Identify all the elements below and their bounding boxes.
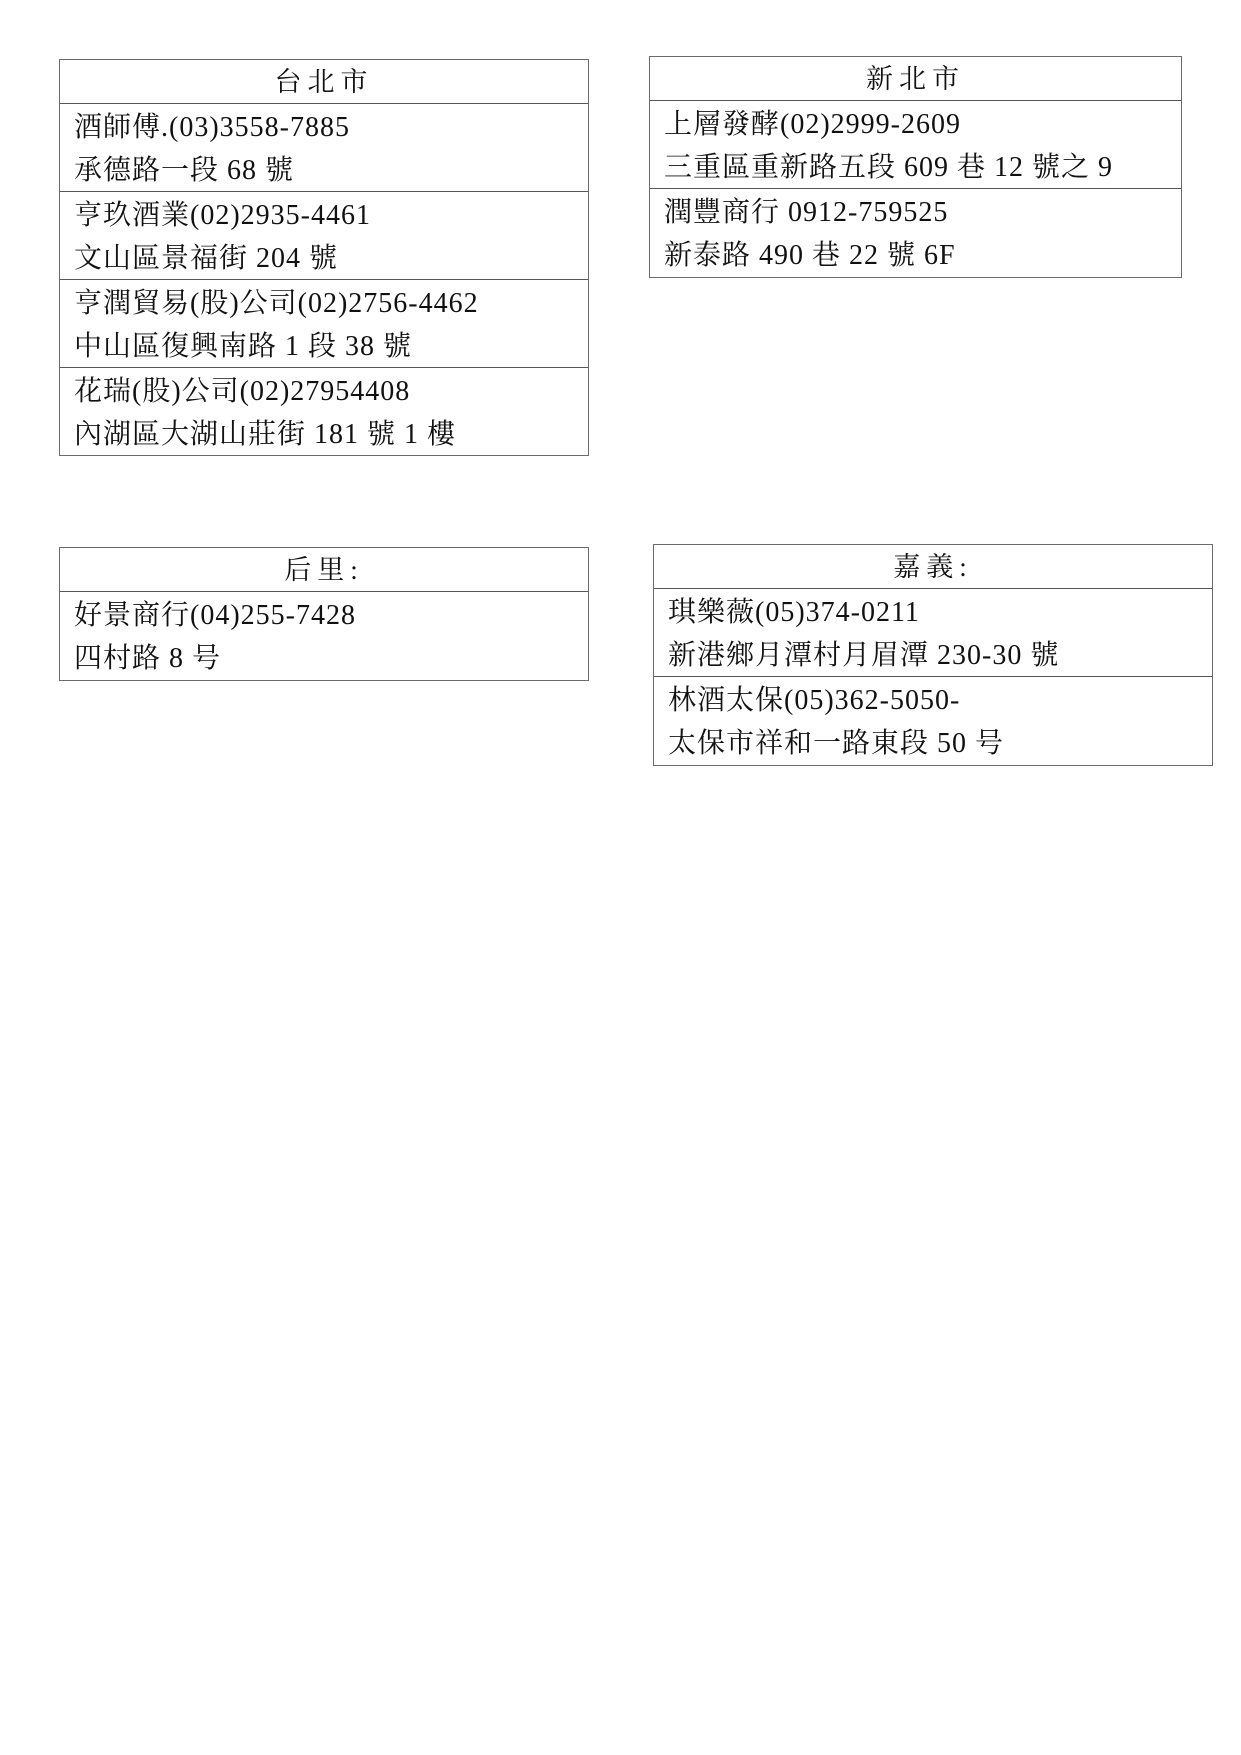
table-row: 酒師傅.(03)3558-7885 承德路一段 68 號 bbox=[60, 104, 588, 192]
vendor-address: 新泰路 490 巷 22 號 6F bbox=[664, 234, 1181, 277]
table-header: 嘉義: bbox=[654, 545, 1212, 589]
table-header: 台北市 bbox=[60, 60, 588, 104]
vendor-address: 太保市祥和一路東段 50 号 bbox=[668, 722, 1212, 765]
table-row: 亨潤貿易(股)公司(02)2756-4462 中山區復興南路 1 段 38 號 bbox=[60, 280, 588, 368]
table-row: 上層發酵(02)2999-2609 三重區重新路五段 609 巷 12 號之 9 bbox=[650, 101, 1181, 189]
table-taipei: 台北市 酒師傅.(03)3558-7885 承德路一段 68 號 亨玖酒業(02… bbox=[59, 59, 589, 456]
vendor-name-phone: 酒師傅.(03)3558-7885 bbox=[74, 106, 588, 149]
vendor-name-phone: 花瑞(股)公司(02)27954408 bbox=[74, 370, 588, 413]
vendor-address: 三重區重新路五段 609 巷 12 號之 9 bbox=[664, 146, 1181, 189]
table-header: 后里: bbox=[60, 548, 588, 592]
table-header: 新北市 bbox=[650, 57, 1181, 101]
vendor-address: 文山區景福街 204 號 bbox=[74, 237, 588, 280]
table-row: 花瑞(股)公司(02)27954408 內湖區大湖山莊街 181 號 1 樓 bbox=[60, 368, 588, 456]
vendor-name-phone: 上層發酵(02)2999-2609 bbox=[664, 103, 1181, 146]
vendor-name-phone: 好景商行(04)255-7428 bbox=[74, 594, 588, 637]
table-row: 亨玖酒業(02)2935-4461 文山區景福街 204 號 bbox=[60, 192, 588, 280]
vendor-name-phone: 亨玖酒業(02)2935-4461 bbox=[74, 194, 588, 237]
vendor-name-phone: 亨潤貿易(股)公司(02)2756-4462 bbox=[74, 282, 588, 325]
table-row: 好景商行(04)255-7428 四村路 8 号 bbox=[60, 592, 588, 680]
table-houli: 后里: 好景商行(04)255-7428 四村路 8 号 bbox=[59, 547, 589, 681]
vendor-name-phone: 潤豐商行 0912-759525 bbox=[664, 191, 1181, 234]
vendor-name-phone: 林酒太保(05)362-5050- bbox=[668, 679, 1212, 722]
vendor-name-phone: 琪樂薇(05)374-0211 bbox=[668, 591, 1212, 634]
vendor-address: 四村路 8 号 bbox=[74, 637, 588, 680]
vendor-address: 新港鄉月潭村月眉潭 230-30 號 bbox=[668, 634, 1212, 677]
table-row: 潤豐商行 0912-759525 新泰路 490 巷 22 號 6F bbox=[650, 189, 1181, 277]
table-chiayi: 嘉義: 琪樂薇(05)374-0211 新港鄉月潭村月眉潭 230-30 號 林… bbox=[653, 544, 1213, 766]
table-row: 林酒太保(05)362-5050- 太保市祥和一路東段 50 号 bbox=[654, 677, 1212, 765]
table-row: 琪樂薇(05)374-0211 新港鄉月潭村月眉潭 230-30 號 bbox=[654, 589, 1212, 677]
vendor-address: 承德路一段 68 號 bbox=[74, 149, 588, 192]
vendor-address: 內湖區大湖山莊街 181 號 1 樓 bbox=[74, 413, 588, 456]
table-new-taipei: 新北市 上層發酵(02)2999-2609 三重區重新路五段 609 巷 12 … bbox=[649, 56, 1182, 278]
vendor-address: 中山區復興南路 1 段 38 號 bbox=[74, 325, 588, 368]
